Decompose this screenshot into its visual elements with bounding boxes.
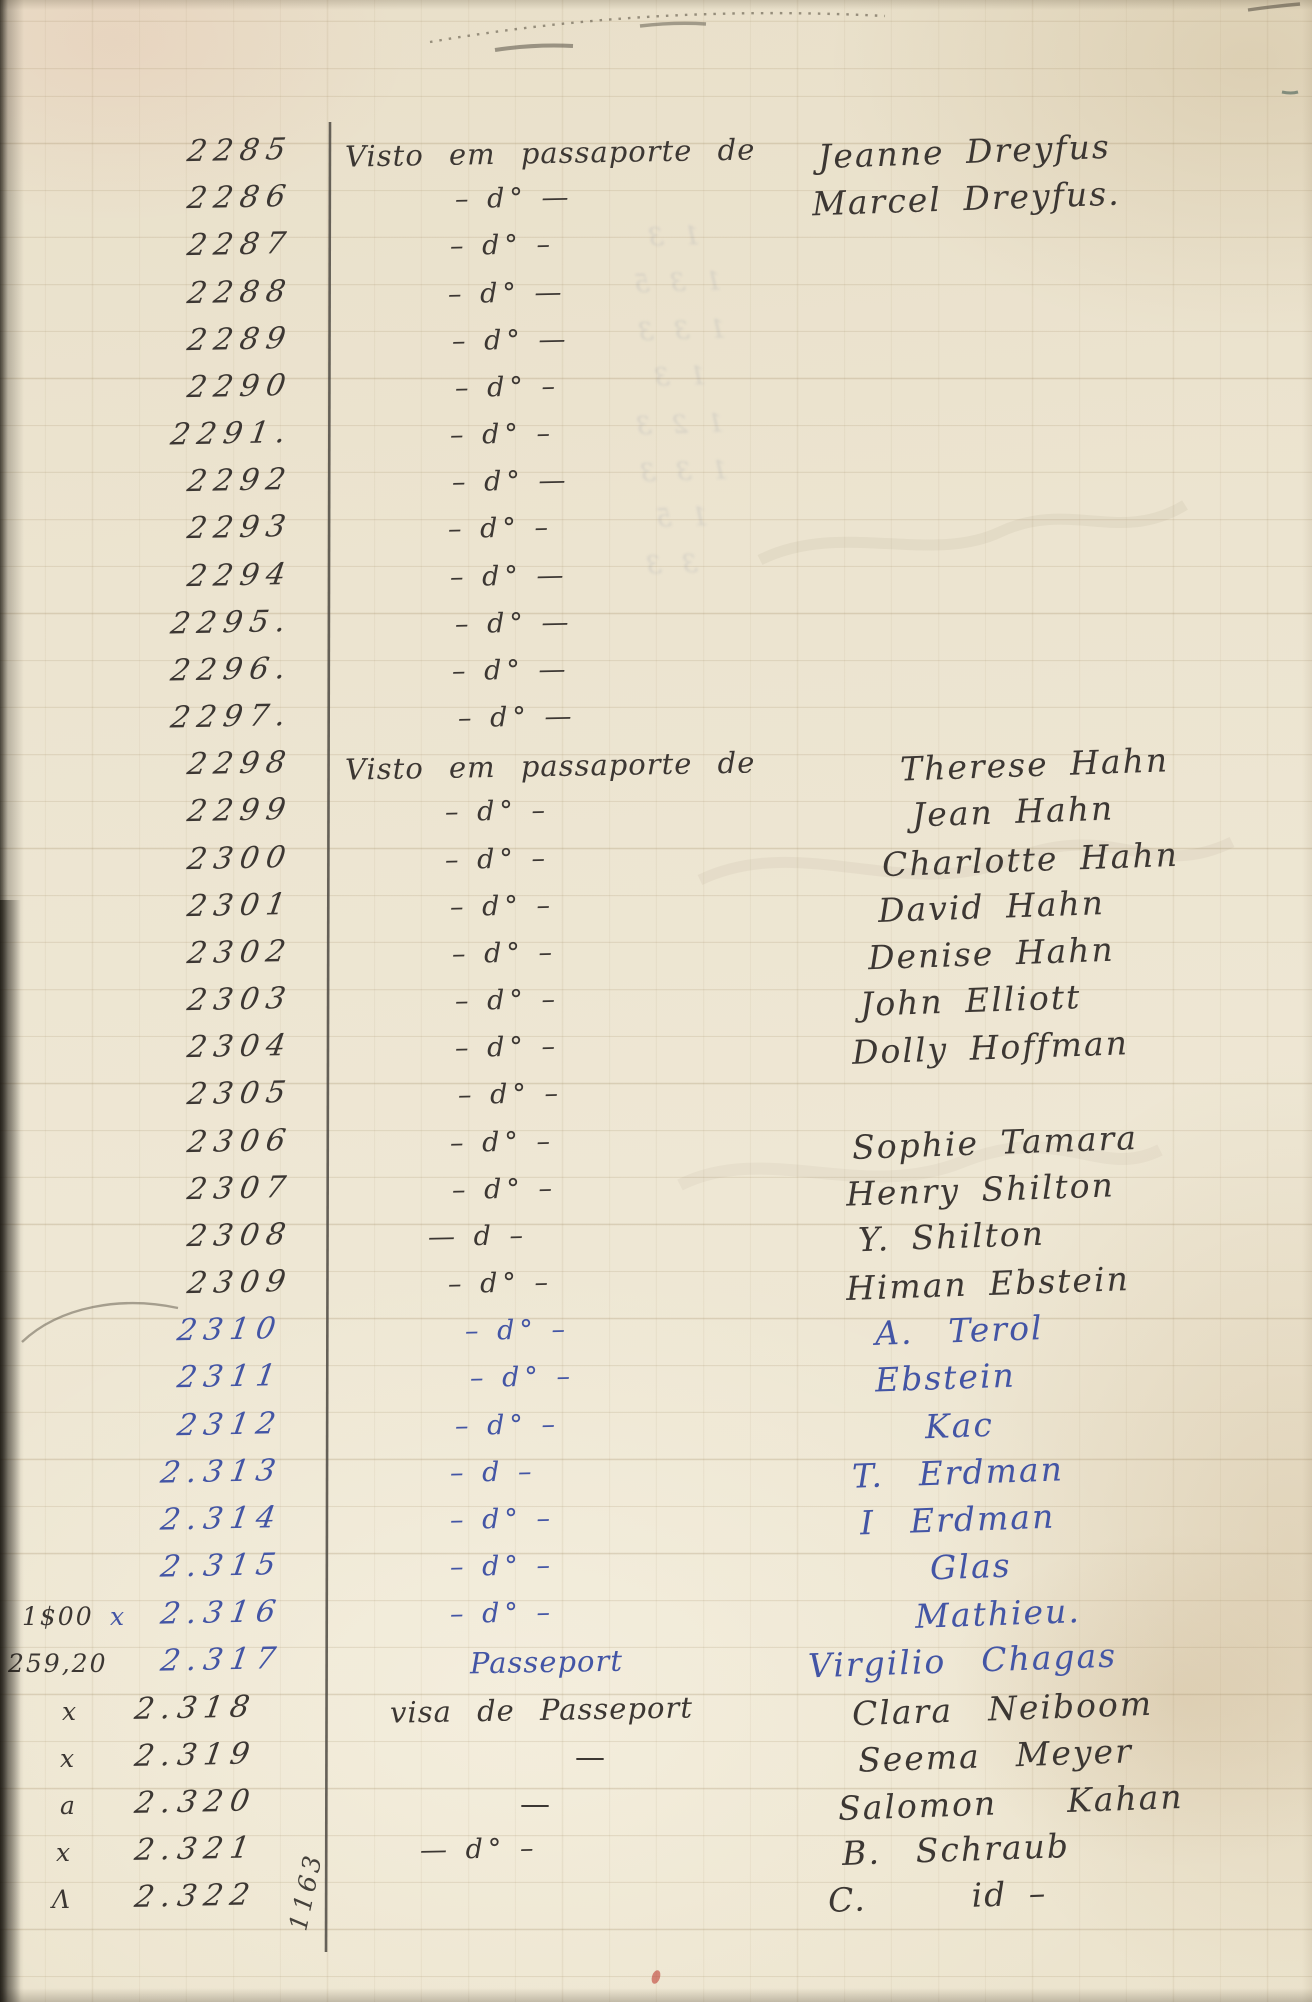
binding-shadow	[0, 0, 1312, 2002]
binding-shadow-lower	[0, 900, 26, 2002]
ledger-page: 1 31 3 51 3 31 31 2 31 3 31 53 3 2285Vis…	[0, 0, 1312, 2002]
